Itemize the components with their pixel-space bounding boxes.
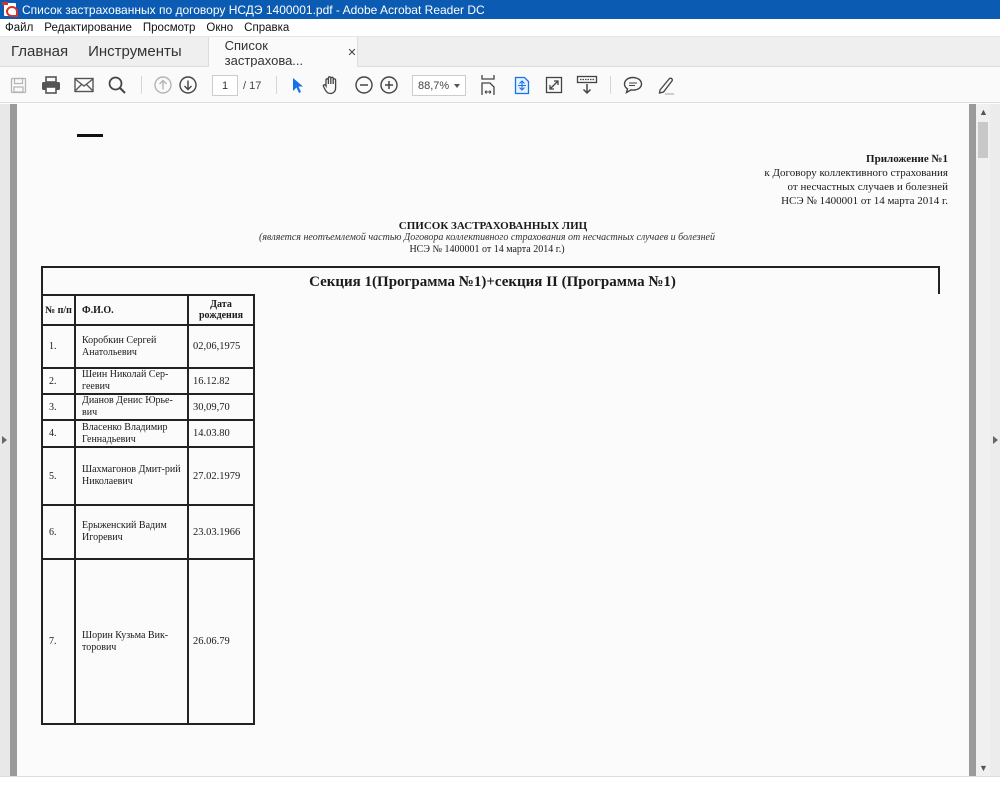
section-title: Секция 1(Программа №1)+секция II (Програ… (43, 274, 942, 291)
chevron-down-icon (454, 84, 460, 88)
cell-num: 2. (42, 368, 75, 394)
list-title: СПИСОК ЗАСТРАХОВАННЫХ ЛИЦ (17, 220, 969, 232)
zoom-in-icon (380, 76, 398, 94)
table-row: 1. Коробкин Сергей Анатольевич 02,06,197… (42, 325, 254, 368)
save-button[interactable] (8, 67, 28, 103)
menu-bar: Файл Редактирование Просмотр Окно Справк… (0, 19, 1000, 37)
cell-name: Шорин Кузьма Вик-торович (75, 559, 188, 724)
pdf-page: Приложение №1 к Договору коллективного с… (17, 104, 969, 776)
cell-dob: 30,09,70 (188, 394, 254, 420)
cell-dob: 27.02.1979 (188, 447, 254, 505)
header-num: № п/п (42, 295, 75, 325)
tab-bar: Главная Инструменты Список застрахова...… (0, 37, 1000, 67)
scroll-down-icon[interactable]: ▼ (979, 764, 987, 772)
scan-mark (77, 134, 103, 137)
table-header-row: № п/п Ф.И.О. Дата рождения (42, 295, 254, 325)
hand-tool-button[interactable] (320, 67, 342, 103)
read-mode-icon (576, 75, 598, 95)
appendix-line: к Договору коллективного страхования (764, 166, 948, 180)
toolbar-separator (276, 76, 277, 94)
toolbar-separator (610, 76, 611, 94)
menu-window[interactable]: Окно (206, 22, 233, 34)
page-down-icon (179, 76, 197, 94)
section-header-box: Секция 1(Программа №1)+секция II (Програ… (41, 266, 940, 294)
cell-name: Коробкин Сергей Анатольевич (75, 325, 188, 368)
menu-file[interactable]: Файл (5, 22, 33, 34)
scroll-mode-icon (514, 76, 530, 95)
page-number-input[interactable]: 1 (212, 75, 238, 96)
tab-home[interactable]: Главная (0, 37, 78, 66)
table-row: 6. Ерыженский Вадим Игоревич 23.03.1966 (42, 505, 254, 559)
zoom-level-value: 88,7% (418, 80, 449, 92)
cell-num: 7. (42, 559, 75, 724)
right-panel-toggle-icon[interactable] (993, 436, 998, 444)
comment-icon (623, 76, 643, 94)
cell-dob: 02,06,1975 (188, 325, 254, 368)
cell-name: Шахмагонов Дмит-рий Николаевич (75, 447, 188, 505)
cell-dob: 23.03.1966 (188, 505, 254, 559)
left-panel-toggle-icon[interactable] (2, 436, 7, 444)
email-icon (74, 77, 94, 93)
table-row: 2. Шеин Николай Сер-геевич 16.12.82 (42, 368, 254, 394)
menu-view[interactable]: Просмотр (143, 22, 196, 34)
cell-num: 3. (42, 394, 75, 420)
cell-dob: 16.12.82 (188, 368, 254, 394)
appendix-header: Приложение №1 к Договору коллективного с… (764, 152, 948, 208)
list-subtitle-2: НСЭ № 1400001 от 14 марта 2014 г.) (17, 244, 957, 255)
table-row: 3. Дианов Денис Юрье-вич 30,09,70 (42, 394, 254, 420)
table-row: 4. Власенко Владимир Геннадьевич 14.03.8… (42, 420, 254, 447)
toolbar-separator (141, 76, 142, 94)
page-total: / 17 (243, 75, 261, 96)
tab-tools[interactable]: Инструменты (78, 37, 192, 66)
close-icon[interactable]: ✕ (347, 46, 356, 59)
scroll-up-icon[interactable]: ▲ (979, 108, 987, 116)
menu-edit[interactable]: Редактирование (44, 22, 132, 34)
search-button[interactable] (106, 67, 128, 103)
cell-num: 6. (42, 505, 75, 559)
fit-page-button[interactable] (478, 67, 498, 103)
title-bar: Список застрахованных по договору НСДЭ 1… (0, 0, 1000, 19)
appendix-line: от несчастных случаев и болезней (764, 180, 948, 194)
cell-name: Власенко Владимир Геннадьевич (75, 420, 188, 447)
acrobat-pdf-icon (4, 3, 16, 16)
cell-name: Дианов Денис Юрье-вич (75, 394, 188, 420)
cell-name: Шеин Николай Сер-геевич (75, 368, 188, 394)
toolbar: 1 / 17 88,7% (0, 67, 1000, 103)
appendix-title: Приложение №1 (764, 152, 948, 166)
insured-persons-table: № п/п Ф.И.О. Дата рождения 1. Коробкин С… (41, 294, 255, 725)
select-cursor-icon (292, 77, 304, 94)
fit-page-icon (479, 74, 497, 96)
window-title: Список застрахованных по договору НСДЭ 1… (22, 3, 485, 17)
zoom-in-button[interactable] (379, 67, 399, 103)
hand-tool-icon (321, 75, 341, 95)
cell-dob: 26.06.79 (188, 559, 254, 724)
print-button[interactable] (40, 67, 62, 103)
vertical-scrollbar[interactable]: ▲ ▼ (976, 104, 990, 776)
zoom-out-icon (355, 76, 373, 94)
sign-button[interactable] (655, 67, 677, 103)
select-tool-button[interactable] (290, 67, 306, 103)
cell-num: 4. (42, 420, 75, 447)
next-page-button[interactable] (178, 67, 198, 103)
cell-num: 1. (42, 325, 75, 368)
print-icon (41, 76, 61, 94)
search-icon (108, 76, 126, 94)
cell-name: Ерыженский Вадим Игоревич (75, 505, 188, 559)
save-icon (10, 77, 27, 94)
table-row: 5. Шахмагонов Дмит-рий Николаевич 27.02.… (42, 447, 254, 505)
read-mode-button[interactable] (575, 67, 599, 103)
document-viewer: Приложение №1 к Договору коллективного с… (0, 104, 1000, 788)
scroll-mode-button[interactable] (512, 67, 532, 103)
page-shadow-left (10, 104, 17, 776)
full-screen-button[interactable] (544, 67, 564, 103)
cell-dob: 14.03.80 (188, 420, 254, 447)
previous-page-button[interactable] (153, 67, 173, 103)
tab-document-label: Список застрахова... (225, 38, 341, 68)
list-subtitle: (является неотъемлемой частью Договора к… (17, 232, 957, 243)
status-strip (0, 776, 1000, 788)
email-button[interactable] (73, 67, 95, 103)
header-dob: Дата рождения (188, 295, 254, 325)
zoom-out-button[interactable] (354, 67, 374, 103)
page-up-icon (154, 76, 172, 94)
zoom-level-dropdown[interactable]: 88,7% (412, 75, 466, 96)
header-name: Ф.И.О. (75, 295, 188, 325)
appendix-line: НСЭ № 1400001 от 14 марта 2014 г. (764, 194, 948, 208)
table-row: 7. Шорин Кузьма Вик-торович 26.06.79 (42, 559, 254, 724)
comment-button[interactable] (622, 67, 644, 103)
full-screen-icon (545, 76, 563, 94)
tab-document[interactable]: Список застрахова... ✕ (208, 37, 358, 68)
menu-help[interactable]: Справка (244, 22, 289, 34)
page-shadow-right (969, 104, 976, 776)
scrollbar-thumb[interactable] (978, 122, 988, 158)
cell-num: 5. (42, 447, 75, 505)
sign-icon (656, 75, 676, 95)
